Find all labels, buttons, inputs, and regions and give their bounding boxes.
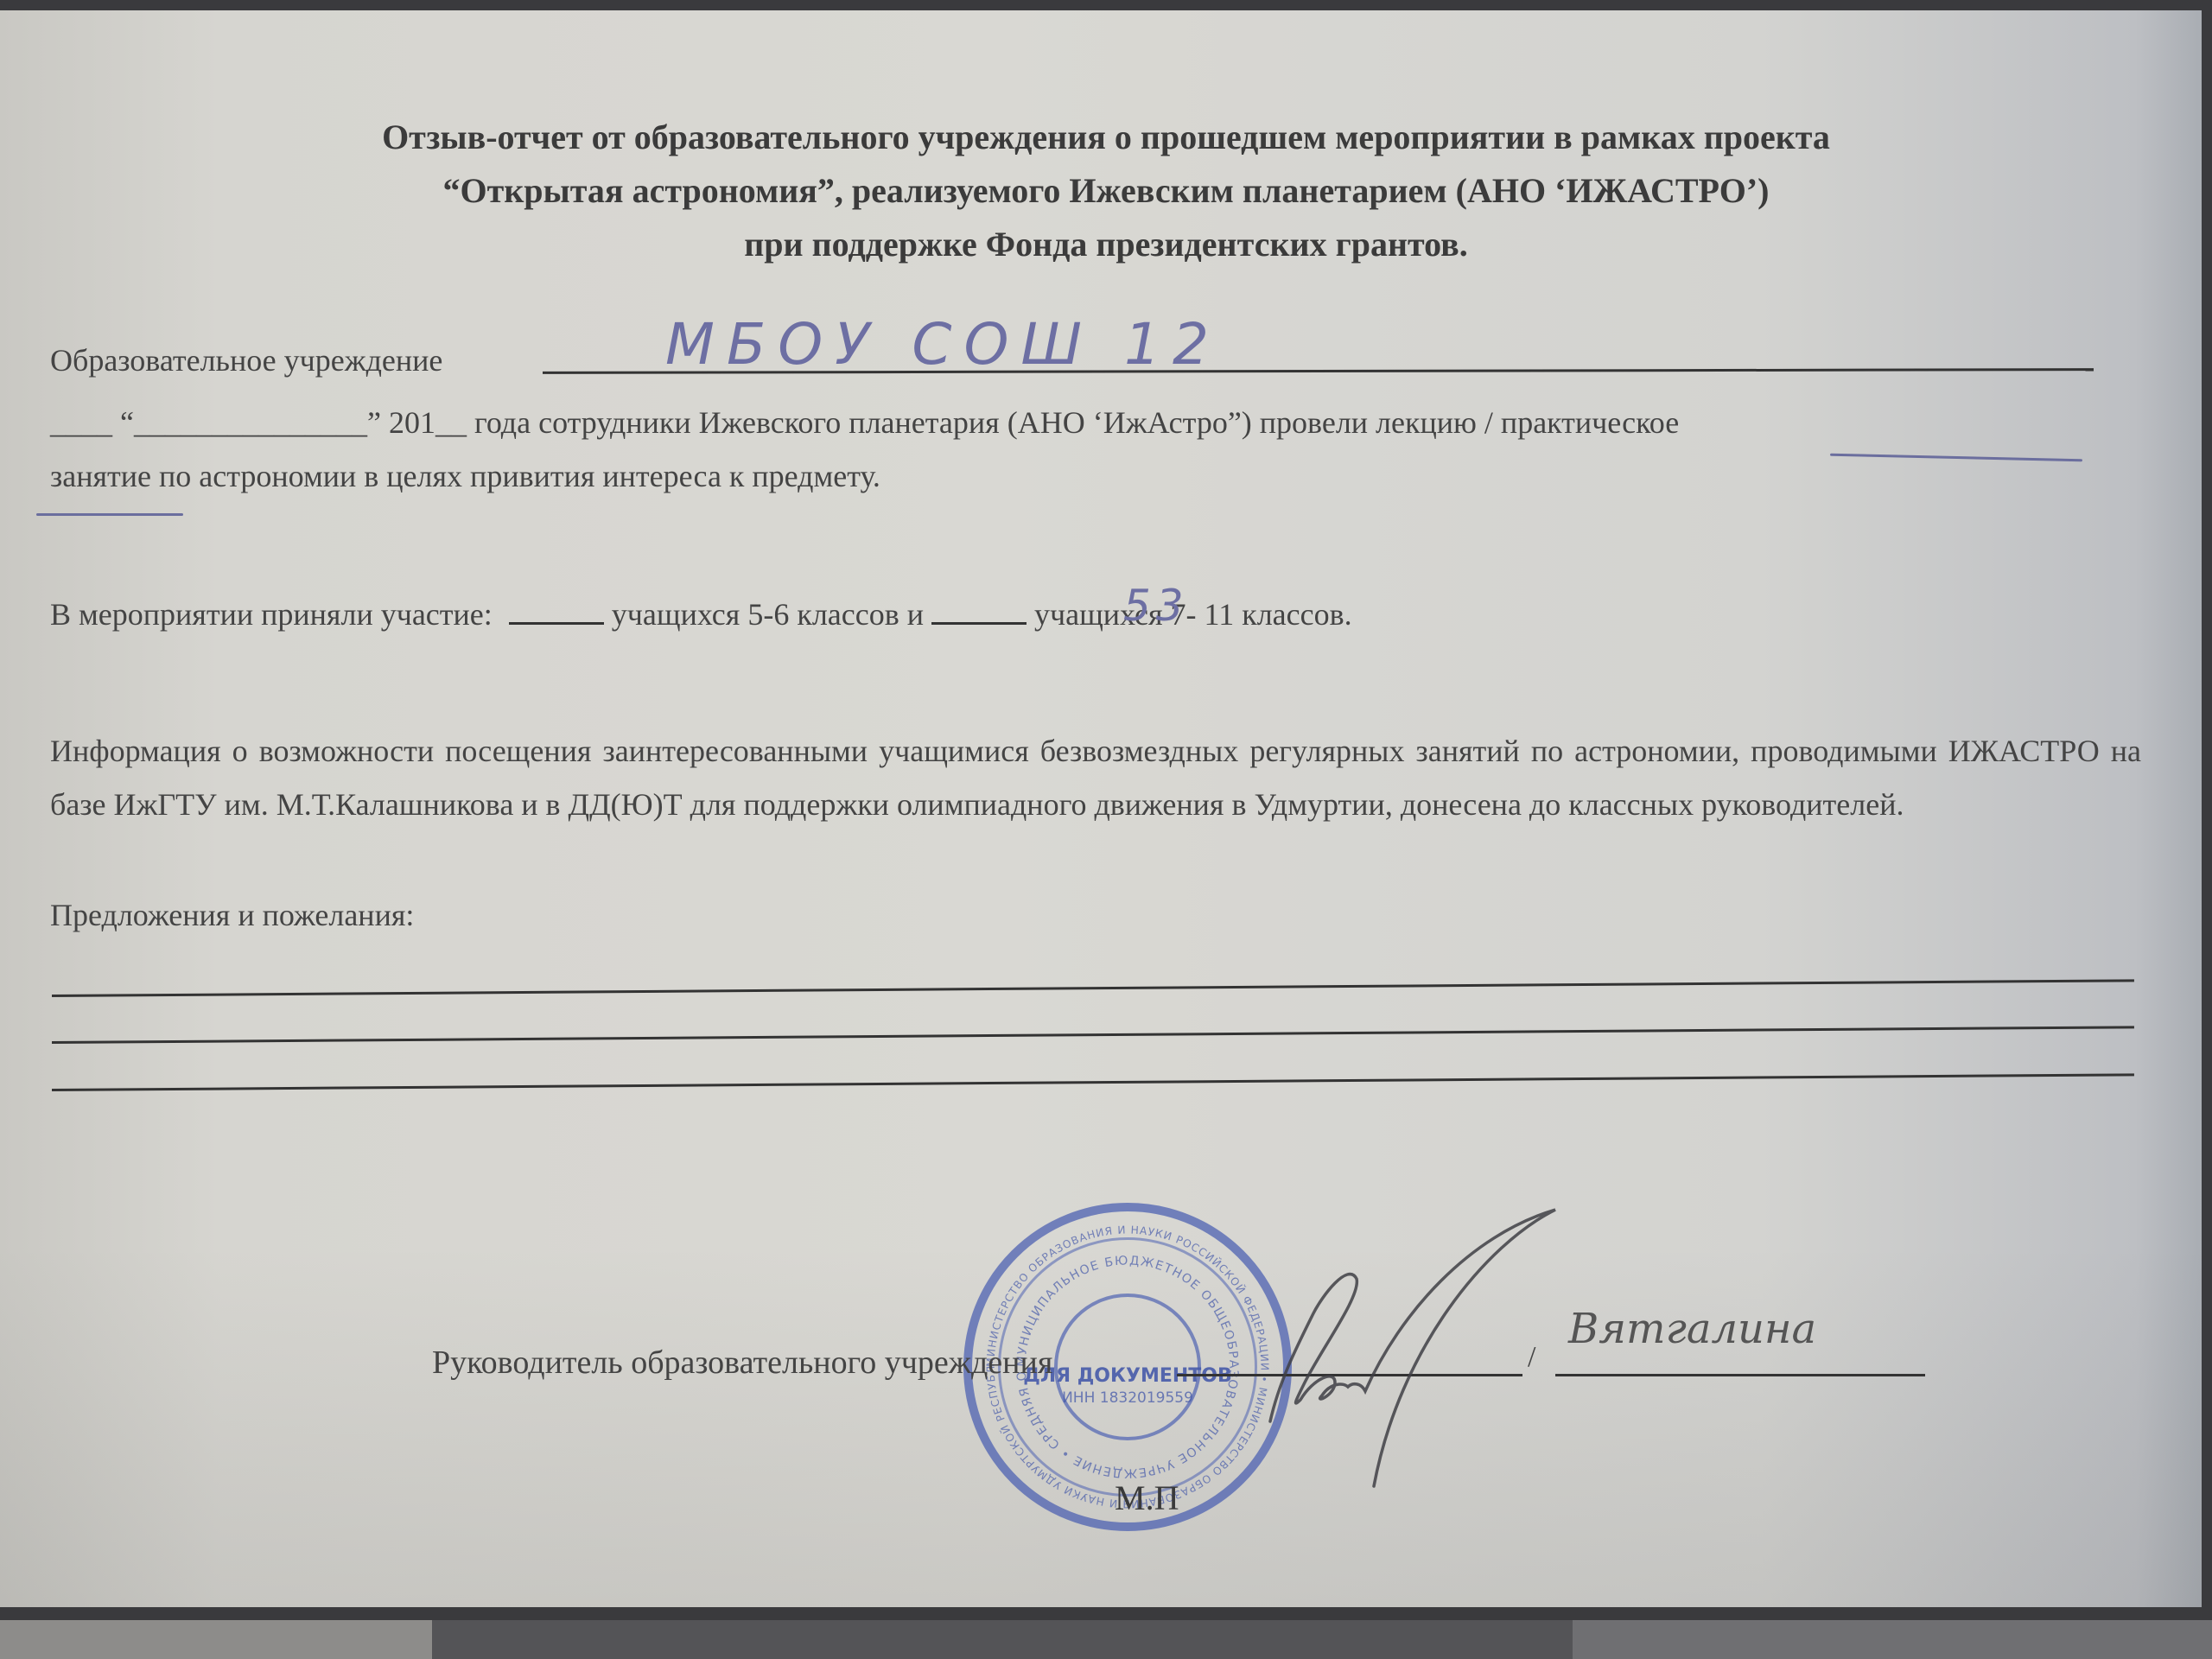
grade-5-6-count-field[interactable] (509, 596, 604, 625)
institution-label: Образовательное учреждение (50, 342, 442, 378)
title-line-3: при поддержке Фонда президентских гранто… (0, 218, 2212, 271)
grade-7-11-text: учащихся 7- 11 классов. (1034, 597, 1352, 632)
suggestions-label: Предложения и пожелания: (50, 897, 414, 933)
document-title: Отзыв-отчет от образовательного учрежден… (0, 111, 2212, 271)
desk-surface (0, 1620, 2212, 1659)
option-practical[interactable]: практическое (1501, 405, 1679, 440)
selection-underline-2 (36, 513, 183, 516)
seal-label: М.П (1115, 1478, 1179, 1518)
stamp-inn: ИНН 1832019559 (972, 1389, 1283, 1407)
year-blank[interactable]: __ (435, 405, 467, 440)
info-paragraph: Информация о возможности посещения заинт… (50, 724, 2141, 831)
date-line-text: года сотрудники Ижевского планетария (АН… (474, 405, 1493, 440)
date-line: ____ “_______________” 201__ года сотруд… (50, 404, 1679, 441)
signature-label: Руководитель образовательного учреждения (432, 1344, 1052, 1382)
day-blank[interactable]: ____ (50, 405, 112, 440)
title-line-2: “Открытая астрономия”, реализуемого Ижев… (0, 164, 2212, 218)
participants-label: В мероприятии приняли участие: (50, 597, 493, 632)
name-line[interactable] (1555, 1374, 1925, 1376)
signatory-name[interactable]: Вятгалина (1568, 1305, 1816, 1353)
option-practical-continued: занятие (50, 459, 151, 493)
title-line-1: Отзыв-отчет от образовательного учрежден… (0, 111, 2212, 164)
grade-7-11-count-field[interactable]: 53 (1123, 581, 1189, 631)
signature-separator: / (1528, 1341, 1535, 1374)
date-line-continuation: занятие по астрономии в целях привития и… (50, 458, 880, 494)
grade-5-6-text: учащихся 5-6 классов и (612, 597, 924, 632)
grade-7-11-count-underline (931, 596, 1027, 625)
signature-line[interactable] (1177, 1374, 1522, 1376)
month-blank[interactable]: _______________ (134, 405, 367, 440)
institution-field[interactable]: МБОУ СОШ 12 (665, 311, 1221, 378)
